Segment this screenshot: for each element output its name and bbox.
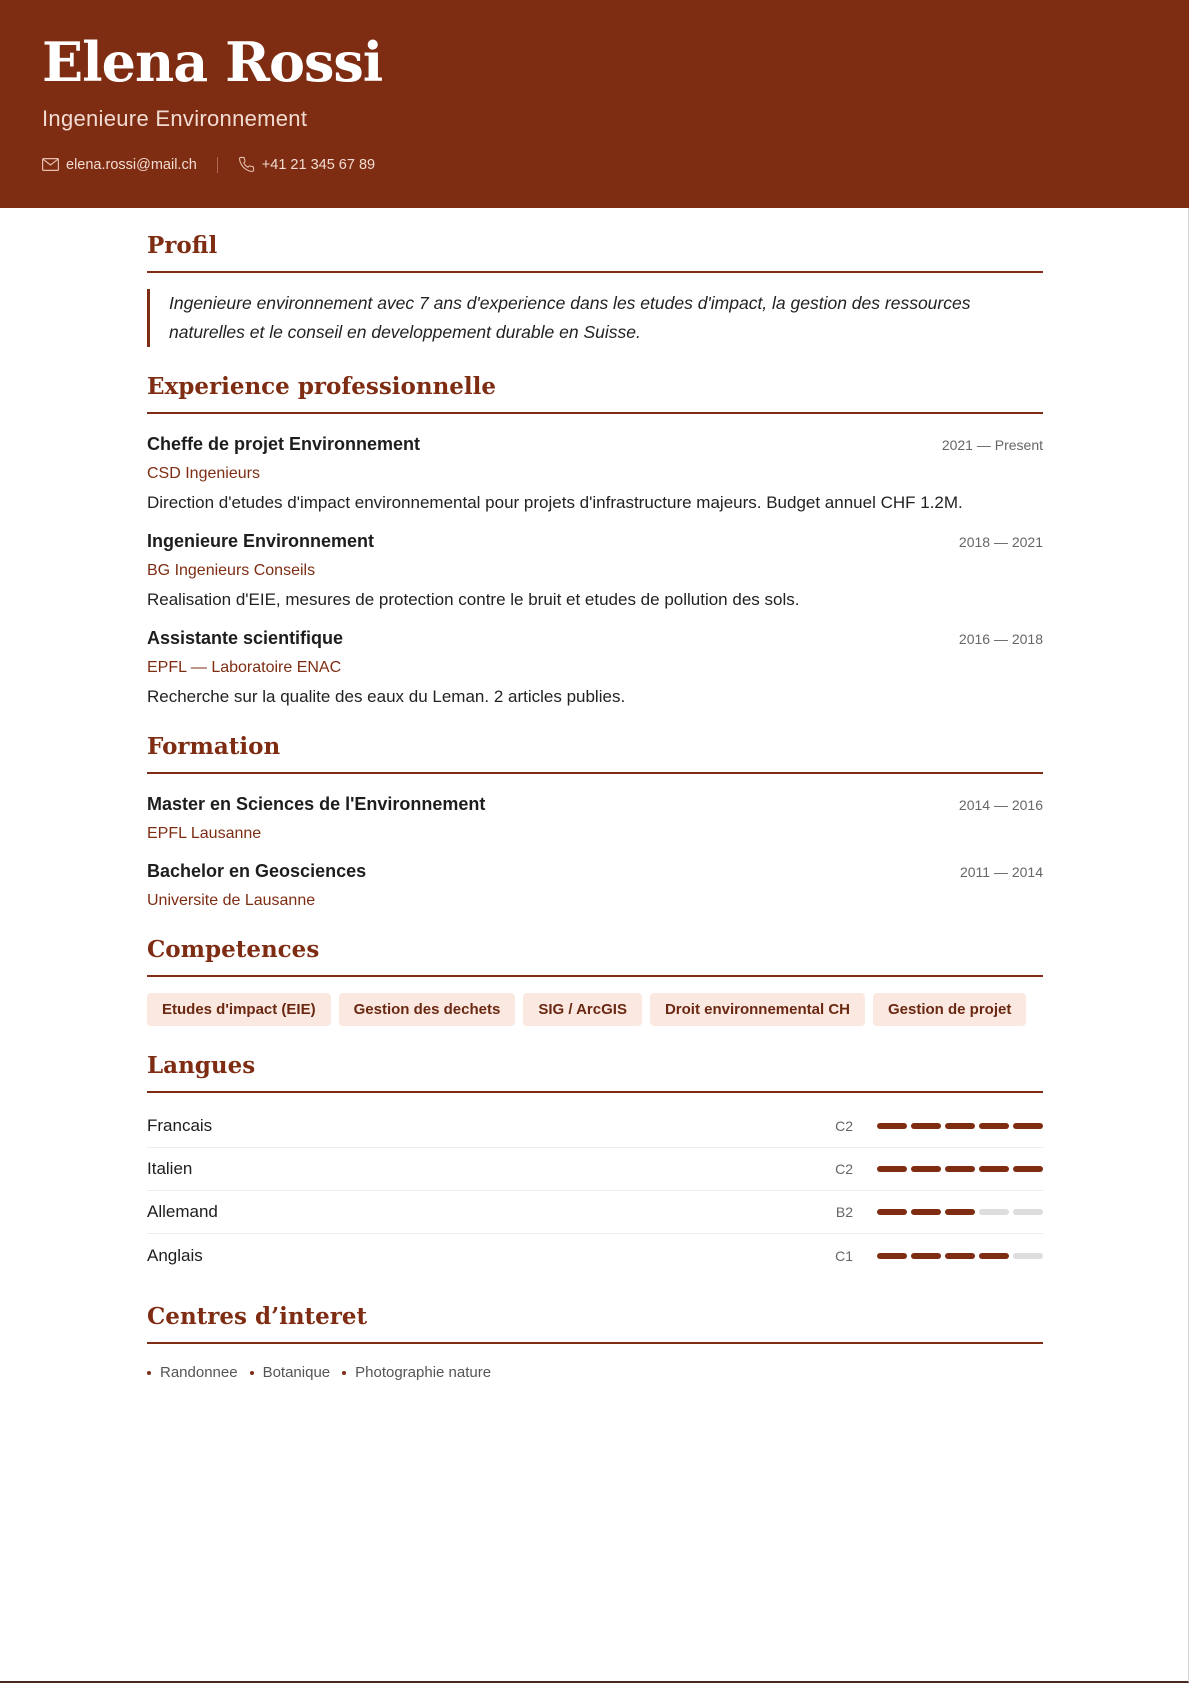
skill-tags: Etudes d'impact (EIE) Gestion des dechet… [147,993,1043,1026]
level-segment [877,1253,907,1259]
email-text[interactable]: elena.rossi@mail.ch [66,157,197,173]
level-segment [979,1253,1009,1259]
section-competences: Competences Etudes d'impact (EIE) Gestio… [147,936,1043,1026]
level-meter [877,1123,1043,1129]
job-dates: 2021 — Present [942,437,1043,453]
job-title: Cheffe de projet Environnement [147,434,420,455]
experience-item: Ingenieure Environnement 2018 — 2021 BG … [147,531,1043,610]
language-list: FrancaisC2ItalienC2AllemandB2AnglaisC1 [147,1105,1043,1277]
contact-bar: elena.rossi@mail.ch +41 21 345 67 89 [42,156,375,173]
section-title-profil: Profil [147,232,1043,273]
section-title-interets: Centres d’interet [147,1303,1043,1344]
interest-label: Botanique [263,1364,331,1381]
employer: CSD Ingenieurs [147,465,1043,483]
section-experience: Experience professionnelle Cheffe de pro… [147,373,1043,707]
candidate-role: Ingenieure Environnement [42,106,307,132]
interest-item: Randonnee [147,1364,238,1381]
section-title-competences: Competences [147,936,1043,977]
skill-tag: Etudes d'impact (EIE) [147,993,331,1026]
envelope-icon [42,158,59,171]
language-name: Francais [147,1116,212,1136]
level-meter [877,1166,1043,1172]
degree-title: Bachelor en Geosciences [147,861,366,882]
level-meter [877,1253,1043,1259]
level-segment [877,1209,907,1215]
employer: BG Ingenieurs Conseils [147,562,1043,580]
employer: EPFL — Laboratoire ENAC [147,659,1043,677]
level-segment [1013,1209,1043,1215]
level-segment [911,1209,941,1215]
bullet-icon [250,1371,254,1375]
section-langues: Langues FrancaisC2ItalienC2AllemandB2Ang… [147,1052,1043,1277]
language-name: Italien [147,1159,192,1179]
language-level: B2 [836,1204,853,1220]
experience-item: Assistante scientifique 2016 — 2018 EPFL… [147,628,1043,707]
bullet-icon [147,1371,151,1375]
level-segment [911,1253,941,1259]
language-level: C2 [835,1118,853,1134]
level-segment [945,1166,975,1172]
job-description: Realisation d'EIE, mesures de protection… [147,590,1043,610]
interest-item: Botanique [250,1364,331,1381]
interest-label: Randonnee [160,1364,238,1381]
school: EPFL Lausanne [147,825,1043,843]
job-title: Ingenieure Environnement [147,531,374,552]
phone-text[interactable]: +41 21 345 67 89 [262,157,375,173]
education-item: Master en Sciences de l'Environnement 20… [147,794,1043,843]
bullet-icon [342,1371,346,1375]
language-row: AnglaisC1 [147,1234,1043,1277]
level-segment [877,1123,907,1129]
contact-separator [217,157,218,173]
skill-tag: Gestion de projet [873,993,1026,1026]
language-level: C1 [835,1248,853,1264]
level-segment [979,1123,1009,1129]
contact-email[interactable]: elena.rossi@mail.ch [42,157,197,173]
interest-label: Photographie nature [355,1364,491,1381]
skill-tag: Gestion des dechets [339,993,516,1026]
job-dates: 2016 — 2018 [959,631,1043,647]
section-title-langues: Langues [147,1052,1043,1093]
degree-dates: 2011 — 2014 [960,864,1043,880]
interest-list: RandonneeBotaniquePhotographie nature [147,1364,1043,1381]
job-description: Direction d'etudes d'impact environnemen… [147,493,1043,513]
level-segment [1013,1123,1043,1129]
level-segment [911,1166,941,1172]
level-segment [1013,1253,1043,1259]
contact-phone[interactable]: +41 21 345 67 89 [238,156,375,173]
interest-item: Photographie nature [342,1364,491,1381]
degree-dates: 2014 — 2016 [959,797,1043,813]
candidate-name: Elena Rossi [42,30,382,94]
section-interets: Centres d’interet RandonneeBotaniquePhot… [147,1303,1043,1381]
section-title-experience: Experience professionnelle [147,373,1043,414]
language-level: C2 [835,1161,853,1177]
degree-title: Master en Sciences de l'Environnement [147,794,485,815]
level-segment [979,1209,1009,1215]
phone-icon [238,156,255,173]
section-formation: Formation Master en Sciences de l'Enviro… [147,733,1043,910]
level-segment [979,1166,1009,1172]
language-row: AllemandB2 [147,1191,1043,1234]
language-name: Anglais [147,1246,203,1266]
level-segment [945,1123,975,1129]
school: Universite de Lausanne [147,892,1043,910]
level-segment [1013,1166,1043,1172]
language-row: FrancaisC2 [147,1105,1043,1148]
language-name: Allemand [147,1202,218,1222]
level-segment [945,1209,975,1215]
job-dates: 2018 — 2021 [959,534,1043,550]
level-meter [877,1209,1043,1215]
level-segment [877,1166,907,1172]
skill-tag: Droit environnemental CH [650,993,865,1026]
level-segment [911,1123,941,1129]
resume-page: Elena Rossi Ingenieure Environnement ele… [0,0,1189,1683]
section-profil: Profil Ingenieure environnement avec 7 a… [147,232,1043,347]
profile-summary: Ingenieure environnement avec 7 ans d'ex… [147,289,1043,347]
header: Elena Rossi Ingenieure Environnement ele… [0,0,1189,208]
skill-tag: SIG / ArcGIS [523,993,642,1026]
job-title: Assistante scientifique [147,628,343,649]
language-row: ItalienC2 [147,1148,1043,1191]
level-segment [945,1253,975,1259]
education-item: Bachelor en Geosciences 2011 — 2014 Univ… [147,861,1043,910]
experience-item: Cheffe de projet Environnement 2021 — Pr… [147,434,1043,513]
resume-content: Profil Ingenieure environnement avec 7 a… [147,208,1043,1381]
job-description: Recherche sur la qualite des eaux du Lem… [147,687,1043,707]
section-title-formation: Formation [147,733,1043,774]
